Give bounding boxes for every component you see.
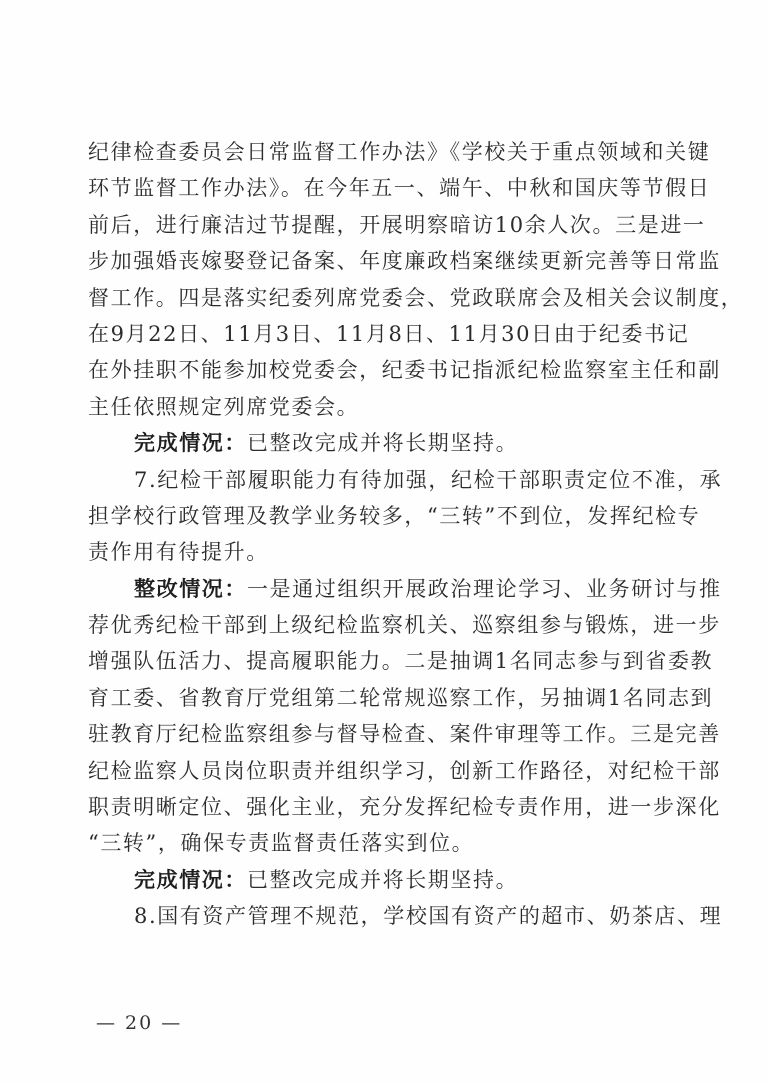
rectification-status-label: 整改情况： (134, 577, 247, 601)
completion-status-label: 完成情况： (134, 868, 247, 892)
completion-status-text: 已整改完成并将长期坚持。 (247, 431, 518, 455)
text-line: 责作用有待提升。 (88, 534, 686, 570)
text-line: 担学校行政管理及教学业务较多，“三转”不到位，发挥纪检专 (88, 498, 686, 534)
rectification-status-text: 一是通过组织开展政治理论学习、业务研讨与推 (247, 577, 722, 601)
text-line: 荐优秀纪检干部到上级纪检监察机关、巡察组参与锻炼，进一步 (88, 607, 686, 643)
rectification-status-line: 整改情况：一是通过组织开展政治理论学习、业务研讨与推 (88, 571, 686, 607)
text-line: 育工委、省教育厅党组第二轮常规巡察工作，另抽调1名同志到 (88, 680, 686, 716)
text-line: 在9月22日、11月3日、11月8日、11月30日由于纪委书记 (88, 316, 686, 352)
text-line: 环节监督工作办法》。在今年五一、端午、中秋和国庆等节假日 (88, 170, 686, 206)
text-line: 在外挂职不能参加校党委会，纪委书记指派纪检监察室主任和副 (88, 352, 686, 388)
text-line: 职责明晰定位、强化主业，充分发挥纪检专责作用，进一步深化 (88, 789, 686, 825)
text-line: 督工作。四是落实纪委列席党委会、党政联席会及相关会议制度， (88, 280, 686, 316)
completion-status-text: 已整改完成并将长期坚持。 (247, 868, 518, 892)
document-body: 纪律检查委员会日常监督工作办法》《学校关于重点领域和关键 环节监督工作办法》。在… (88, 134, 686, 935)
document-page: 纪律检查委员会日常监督工作办法》《学校关于重点领域和关键 环节监督工作办法》。在… (0, 0, 768, 1084)
text-line: 增强队伍活力、提高履职能力。二是抽调1名同志参与到省委教 (88, 643, 686, 679)
text-line: 纪律检查委员会日常监督工作办法》《学校关于重点领域和关键 (88, 134, 686, 170)
issue-8-heading: 8.国有资产管理不规范，学校国有资产的超市、奶茶店、理 (88, 898, 686, 934)
text-line: 纪检监察人员岗位职责并组织学习，创新工作路径，对纪检干部 (88, 753, 686, 789)
issue-7-heading: 7.纪检干部履职能力有待加强，纪检干部职责定位不准，承 (88, 462, 686, 498)
text-line: “三转”，确保专责监督责任落实到位。 (88, 825, 686, 861)
page-number: — 20 — (96, 1012, 182, 1034)
text-line: 驻教育厅纪检监察组参与督导检查、案件审理等工作。三是完善 (88, 716, 686, 752)
completion-status-line: 完成情况：已整改完成并将长期坚持。 (88, 425, 686, 461)
completion-status-line: 完成情况：已整改完成并将长期坚持。 (88, 862, 686, 898)
text-line: 主任依照规定列席党委会。 (88, 389, 686, 425)
text-line: 步加强婚丧嫁娶登记备案、年度廉政档案继续更新完善等日常监 (88, 243, 686, 279)
text-line: 前后，进行廉洁过节提醒，开展明察暗访10余人次。三是进一 (88, 207, 686, 243)
completion-status-label: 完成情况： (134, 431, 247, 455)
